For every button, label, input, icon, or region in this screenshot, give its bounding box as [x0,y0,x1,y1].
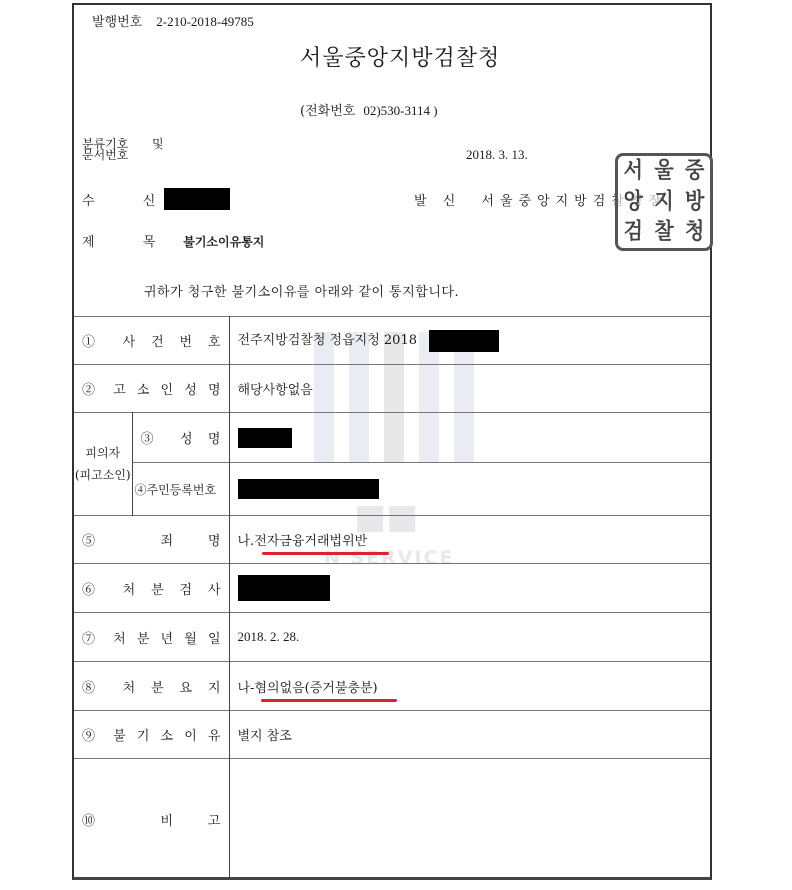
classification: 분류기호 문서번호 및 [82,139,128,161]
table-row: ② 고 소 인 성 명 해당사항없음 [74,365,710,413]
seal-character: 청 [679,216,710,250]
recipient-redaction [164,188,230,210]
table-row: ⑧ 처 분 요 지 나-혐의없음(증거불충분) [74,662,710,711]
row-label: ⑦ 처 분 년 월 일 [74,613,229,662]
phone-value: 02)530-3114 ) [363,103,437,118]
issue-number-value: 2-210-2018-49785 [156,14,254,29]
row-label: ② 고 소 인 성 명 [74,365,229,413]
row-label: ⑩ 비 고 [74,759,229,880]
name-redaction [238,428,292,448]
row-label: ⑨ 불 기 소 이 유 [74,711,229,759]
highlight-underline [261,699,397,702]
sender-label: 발 신 [414,194,461,209]
seal-character: 찰 [649,216,680,250]
row-value [229,413,710,463]
row-value [229,463,710,516]
row-label: ① 사 건 번 호 [74,317,229,365]
table-row: ⑦ 처 분 년 월 일 2018. 2. 28. [74,613,710,662]
row-label: ④주민등록번호 [132,463,229,516]
seal-character: 울 [649,154,680,188]
seal-character: 검 [618,216,649,250]
row-label: ⑧ 처 분 요 지 [74,662,229,711]
phone-label: (전화번호 [300,104,355,119]
classification-and: 및 [152,139,164,150]
seal-character: 중 [679,154,710,188]
row-value: 해당사항없음 [229,365,710,413]
subject-label: 제 목 [82,235,177,250]
seal-character: 앙 [618,185,649,219]
table-row: ⑥ 처 분 검 사 [74,564,710,613]
group-label: 피의자 [74,442,132,464]
notice-table: ① 사 건 번 호 전주지방검찰청 정읍지청 2018 ② 고 소 인 성 명 … [74,316,710,880]
row-value [229,759,710,880]
suspect-group-label: 피의자 (피고소인) [74,413,132,516]
phone-line: (전화번호02)530-3114 ) [300,100,438,119]
table-row: ⑩ 비 고 [74,759,710,880]
seal-character: 서 [618,154,649,188]
row-value: 전주지방검찰청 정읍지청 2018 [229,317,710,365]
seal-character: 지 [649,185,680,219]
row-value: 2018. 2. 28. [229,613,710,662]
row-label: ⑥ 처 분 검 사 [74,564,229,613]
table-row: ⑤ 죄 명 나.전자금융거래법위반 [74,516,710,564]
table-row: ⑨ 불 기 소 이 유 별지 참조 [74,711,710,759]
row-value: 별지 참조 [229,711,710,759]
table-row: 피의자 (피고소인) ③ 성 명 [74,413,710,463]
notice-document: 발행번호2-210-2018-49785 서울중앙지방검찰청 (전화번호02)5… [72,3,712,880]
group-sublabel: (피고소인) [74,464,132,486]
subject: 제 목불기소이유통지 [82,231,264,250]
table-row: ① 사 건 번 호 전주지방검찰청 정읍지청 2018 [74,317,710,365]
recipient: 수 신 [82,190,177,209]
row-value: 나-혐의없음(증거불충분) [229,662,710,711]
table-row: ④주민등록번호 [74,463,710,516]
seal-character: 방 [679,185,710,219]
issue-number: 발행번호2-210-2018-49785 [92,11,254,30]
issue-date: 2018. 3. 13. [466,147,528,163]
issue-label: 발행번호 [92,15,142,30]
row-value: 나.전자금융거래법위반 [229,516,710,564]
document-number-label: 문서번호 [82,150,128,161]
notice-text: 귀하가 청구한 불기소이유를 아래와 같이 통지합니다. [144,281,459,300]
row-label: ⑤ 죄 명 [74,516,229,564]
row-label: ③ 성 명 [132,413,229,463]
official-seal: 서울중앙지방검찰청 [615,153,713,251]
organization-title: 서울중앙지방검찰청 [300,41,500,72]
subject-value: 불기소이유통지 [183,235,264,249]
row-value [229,564,710,613]
highlight-underline [262,552,389,555]
case-number-redaction [429,330,499,352]
prosecutor-redaction [238,575,330,601]
id-number-redaction [238,479,379,499]
recipient-label: 수 신 [82,194,177,209]
